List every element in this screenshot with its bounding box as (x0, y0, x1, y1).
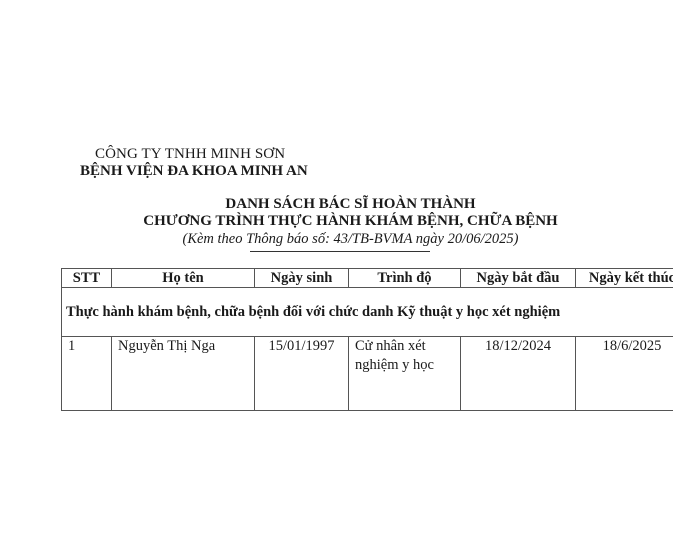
title-divider (250, 251, 430, 252)
column-header-start-date: Ngày bắt đầu (461, 269, 576, 288)
cell-start-date: 18/12/2024 (461, 337, 576, 411)
column-header-end-date: Ngày kết thúc (576, 269, 673, 288)
company-name: CÔNG TY TNHH MINH SƠN (95, 146, 285, 163)
cell-name: Nguyễn Thị Nga (112, 337, 255, 411)
document-title-line-2: CHƯƠNG TRÌNH THỰC HÀNH KHÁM BỆNH, CHỮA B… (14, 213, 673, 230)
table-header-row: STT Họ tên Ngày sinh Trình độ Ngày bắt đ… (62, 269, 673, 288)
document-title-line-1: DANH SÁCH BÁC SĨ HOÀN THÀNH (14, 196, 673, 213)
column-header-name: Họ tên (112, 269, 255, 288)
cell-dob: 15/01/1997 (255, 337, 349, 411)
table-row: 1 Nguyễn Thị Nga 15/01/1997 Cử nhân xét … (62, 337, 673, 411)
cell-stt: 1 (62, 337, 112, 411)
table-section-row: Thực hành khám bệnh, chữa bệnh đối với c… (62, 288, 673, 337)
document-reference: (Kèm theo Thông báo số: 43/TB-BVMA ngày … (14, 231, 673, 248)
column-header-dob: Ngày sinh (255, 269, 349, 288)
section-title: Thực hành khám bệnh, chữa bệnh đối với c… (62, 288, 673, 337)
doctor-list-table: STT Họ tên Ngày sinh Trình độ Ngày bắt đ… (61, 268, 673, 411)
column-header-level: Trình độ (349, 269, 461, 288)
cell-end-date: 18/6/2025 (576, 337, 673, 411)
cell-level: Cử nhân xét nghiệm y học (349, 337, 461, 411)
hospital-name: BỆNH VIỆN ĐA KHOA MINH AN (80, 163, 308, 180)
column-header-stt: STT (62, 269, 112, 288)
